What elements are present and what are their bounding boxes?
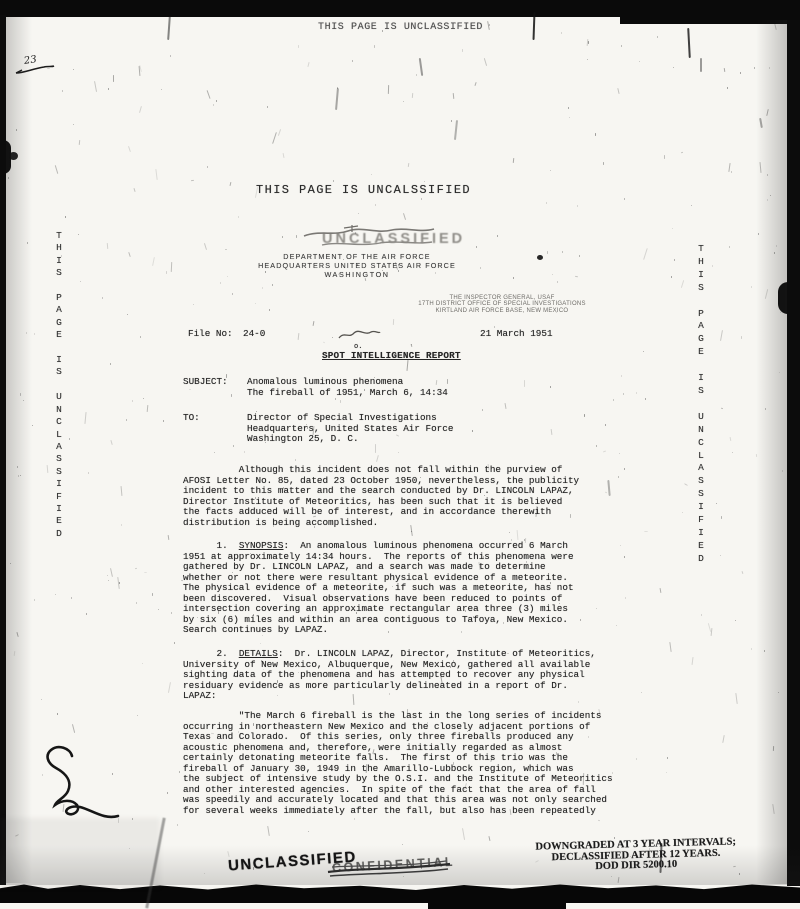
- to-label: TO:: [183, 413, 200, 424]
- handwritten-scribble-mark-icon: [20, 742, 130, 838]
- paragraph-synopsis: 1. SYNOPSIS: An anomalous luminous pheno…: [183, 541, 631, 636]
- details-heading: DETAILS: [239, 648, 278, 659]
- subject-text: Anomalous luminous phenomena The firebal…: [247, 377, 448, 398]
- letterhead-line-3: WASHINGTON: [237, 270, 477, 279]
- office-line-2: 17TH DISTRICT OFFICE OF SPECIAL INVESTIG…: [410, 301, 594, 307]
- subject-label: SUBJECT:: [183, 377, 228, 388]
- classification-banner-top: THIS PAGE IS UNCLASSIFIED: [318, 22, 538, 33]
- file-number-value: 24-0: [243, 329, 265, 340]
- classification-margin-right: T H I S P A G E I S U N C L A S S I F I …: [694, 243, 708, 566]
- handwritten-scribble-icon: [336, 328, 382, 342]
- scan-border-bottom-tab: [428, 898, 566, 909]
- inspector-general-office-block: THE INSPECTOR GENERAL, USAF 17TH DISTRIC…: [410, 295, 594, 314]
- downgrade-notice-block: DOWNGRADED AT 3 YEAR INTERVALS; DECLASSI…: [528, 837, 745, 874]
- synopsis-heading: SYNOPSIS: [239, 540, 284, 551]
- confidential-strike-lines-icon: [326, 856, 454, 882]
- synopsis-number: 1.: [183, 540, 239, 551]
- office-line-3: KIRTLAND AIR FORCE BASE, NEW MEXICO: [410, 308, 594, 314]
- paragraph-intro: Although this incident does not fall wit…: [183, 465, 631, 528]
- letterhead-line-2: HEADQUARTERS UNITED STATES AIR FORCE: [237, 261, 477, 270]
- document-date: 21 March 1951: [480, 329, 553, 340]
- handwritten-underline-icon: [14, 60, 56, 76]
- report-title: SPOT INTELLIGENCE REPORT: [322, 351, 461, 362]
- to-address-text: Director of Special Investigations Headq…: [247, 413, 453, 445]
- scanned-document-page: THIS PAGE IS UNCLASSIFIED T H I S P A G …: [0, 0, 800, 909]
- scan-shadow-right: [756, 20, 787, 884]
- paragraph-details: 2. DETAILS: Dr. LINCOLN LAPAZ, Director,…: [183, 649, 631, 702]
- paragraph-lapaz-quote: "The March 6 fireball is the last in the…: [183, 711, 631, 816]
- classification-typed-line: THIS PAGE IS UNCALSSIFIED: [256, 183, 471, 197]
- synopsis-text: : An anomalous luminous phenomena occurr…: [183, 540, 574, 635]
- letterhead-department-block: DEPARTMENT OF THE AIR FORCE HEADQUARTERS…: [237, 252, 477, 280]
- file-number-label: File No:: [188, 329, 233, 340]
- scan-border-right: [787, 20, 800, 886]
- letterhead-line-1: DEPARTMENT OF THE AIR FORCE: [237, 252, 477, 261]
- classification-margin-left: T H I S P A G E I S U N C L A S S I F I …: [52, 230, 66, 540]
- details-number: 2.: [183, 648, 239, 659]
